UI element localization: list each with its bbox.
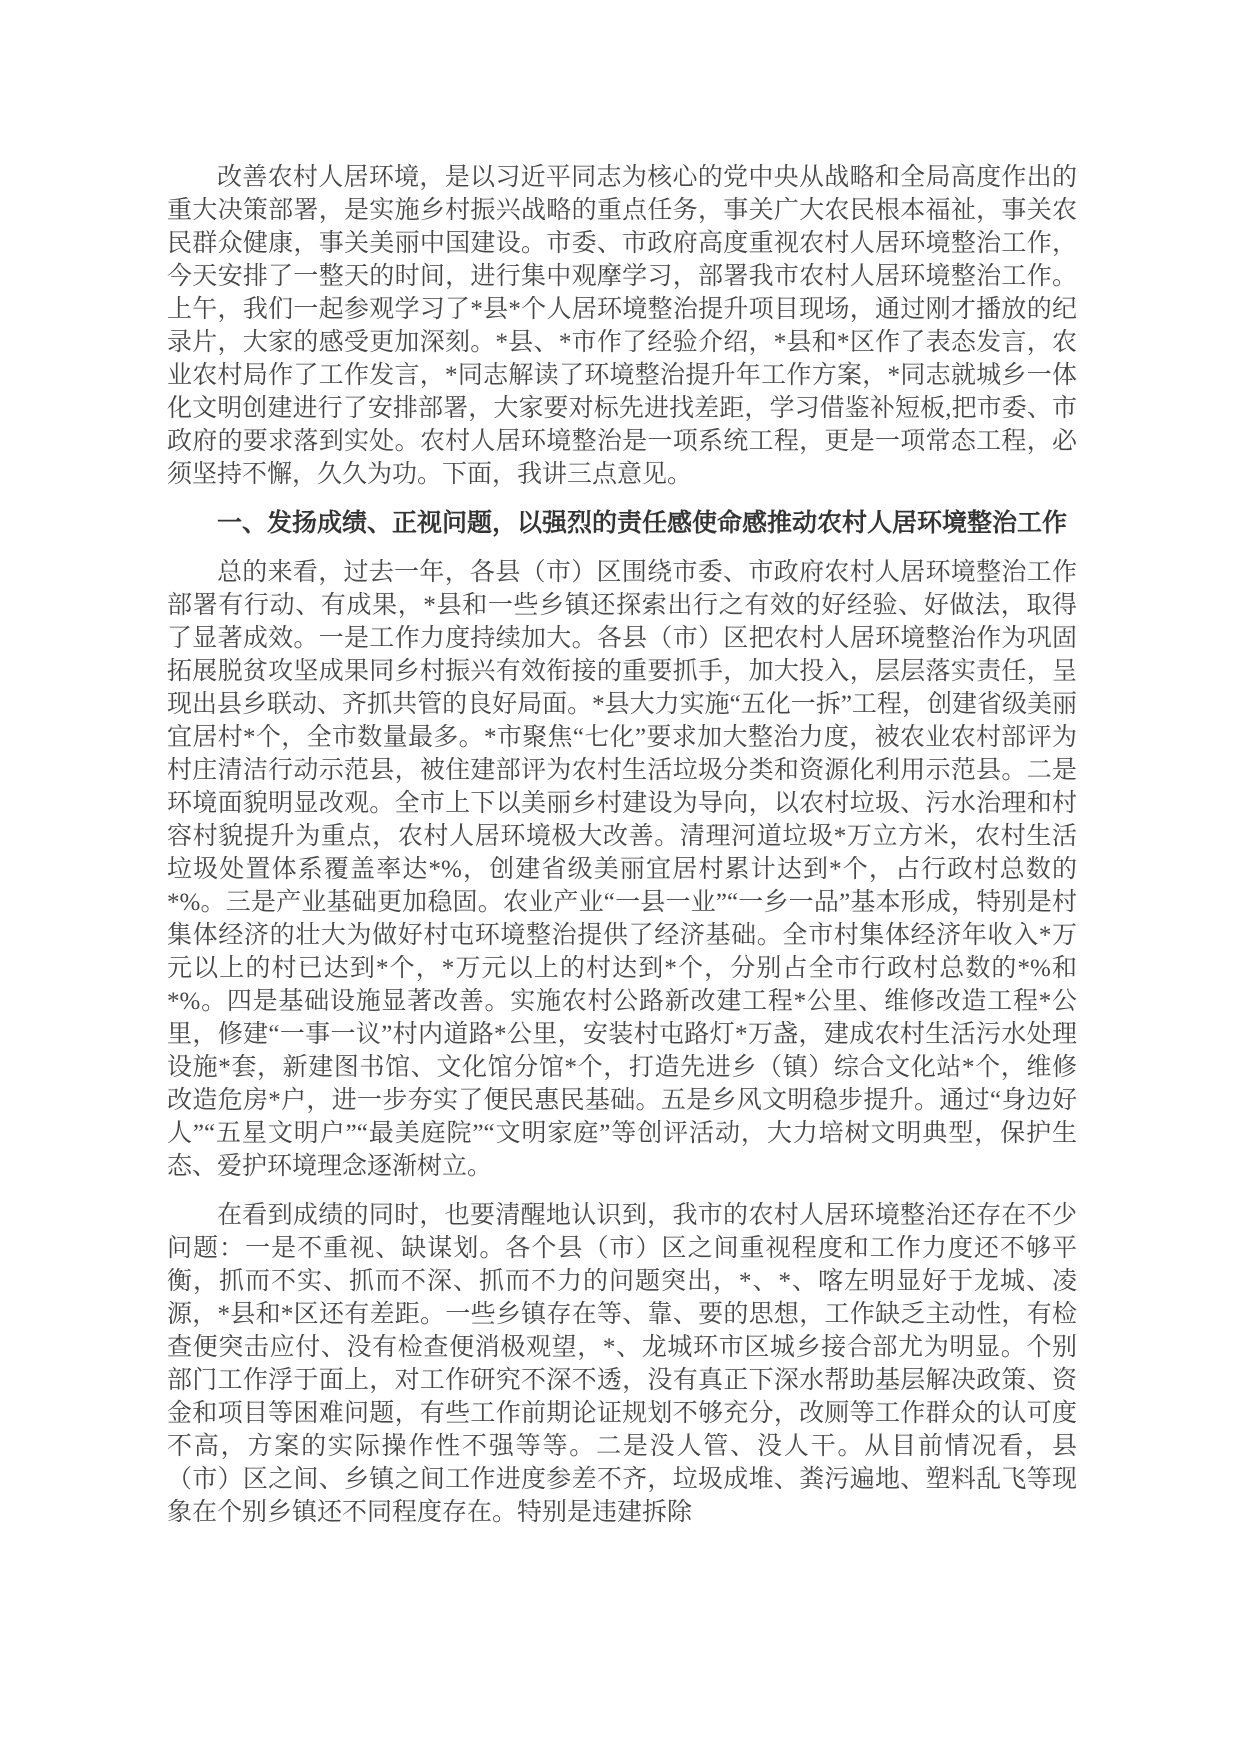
paragraph-opening: 改善农村人居环境，是以习近平同志为核心的党中央从战略和全局高度作出的重大决策部署… <box>167 161 1077 491</box>
document-content: 改善农村人居环境，是以习近平同志为核心的党中央从战略和全局高度作出的重大决策部署… <box>167 161 1077 1529</box>
section-heading-1: 一、发扬成绩、正视问题，以强烈的责任感使命感推动农村人居环境整治工作 <box>167 507 1077 540</box>
document-page: 改善农村人居环境，是以习近平同志为核心的党中央从战略和全局高度作出的重大决策部署… <box>0 0 1240 1754</box>
paragraph-problems: 在看到成绩的同时，也要清醒地认识到，我市的农村人居环境整治还存在不少问题：一是不… <box>167 1199 1077 1529</box>
paragraph-achievements: 总的来看，过去一年，各县（市）区围绕市委、市政府农村人居环境整治工作部署有行动、… <box>167 556 1077 1183</box>
